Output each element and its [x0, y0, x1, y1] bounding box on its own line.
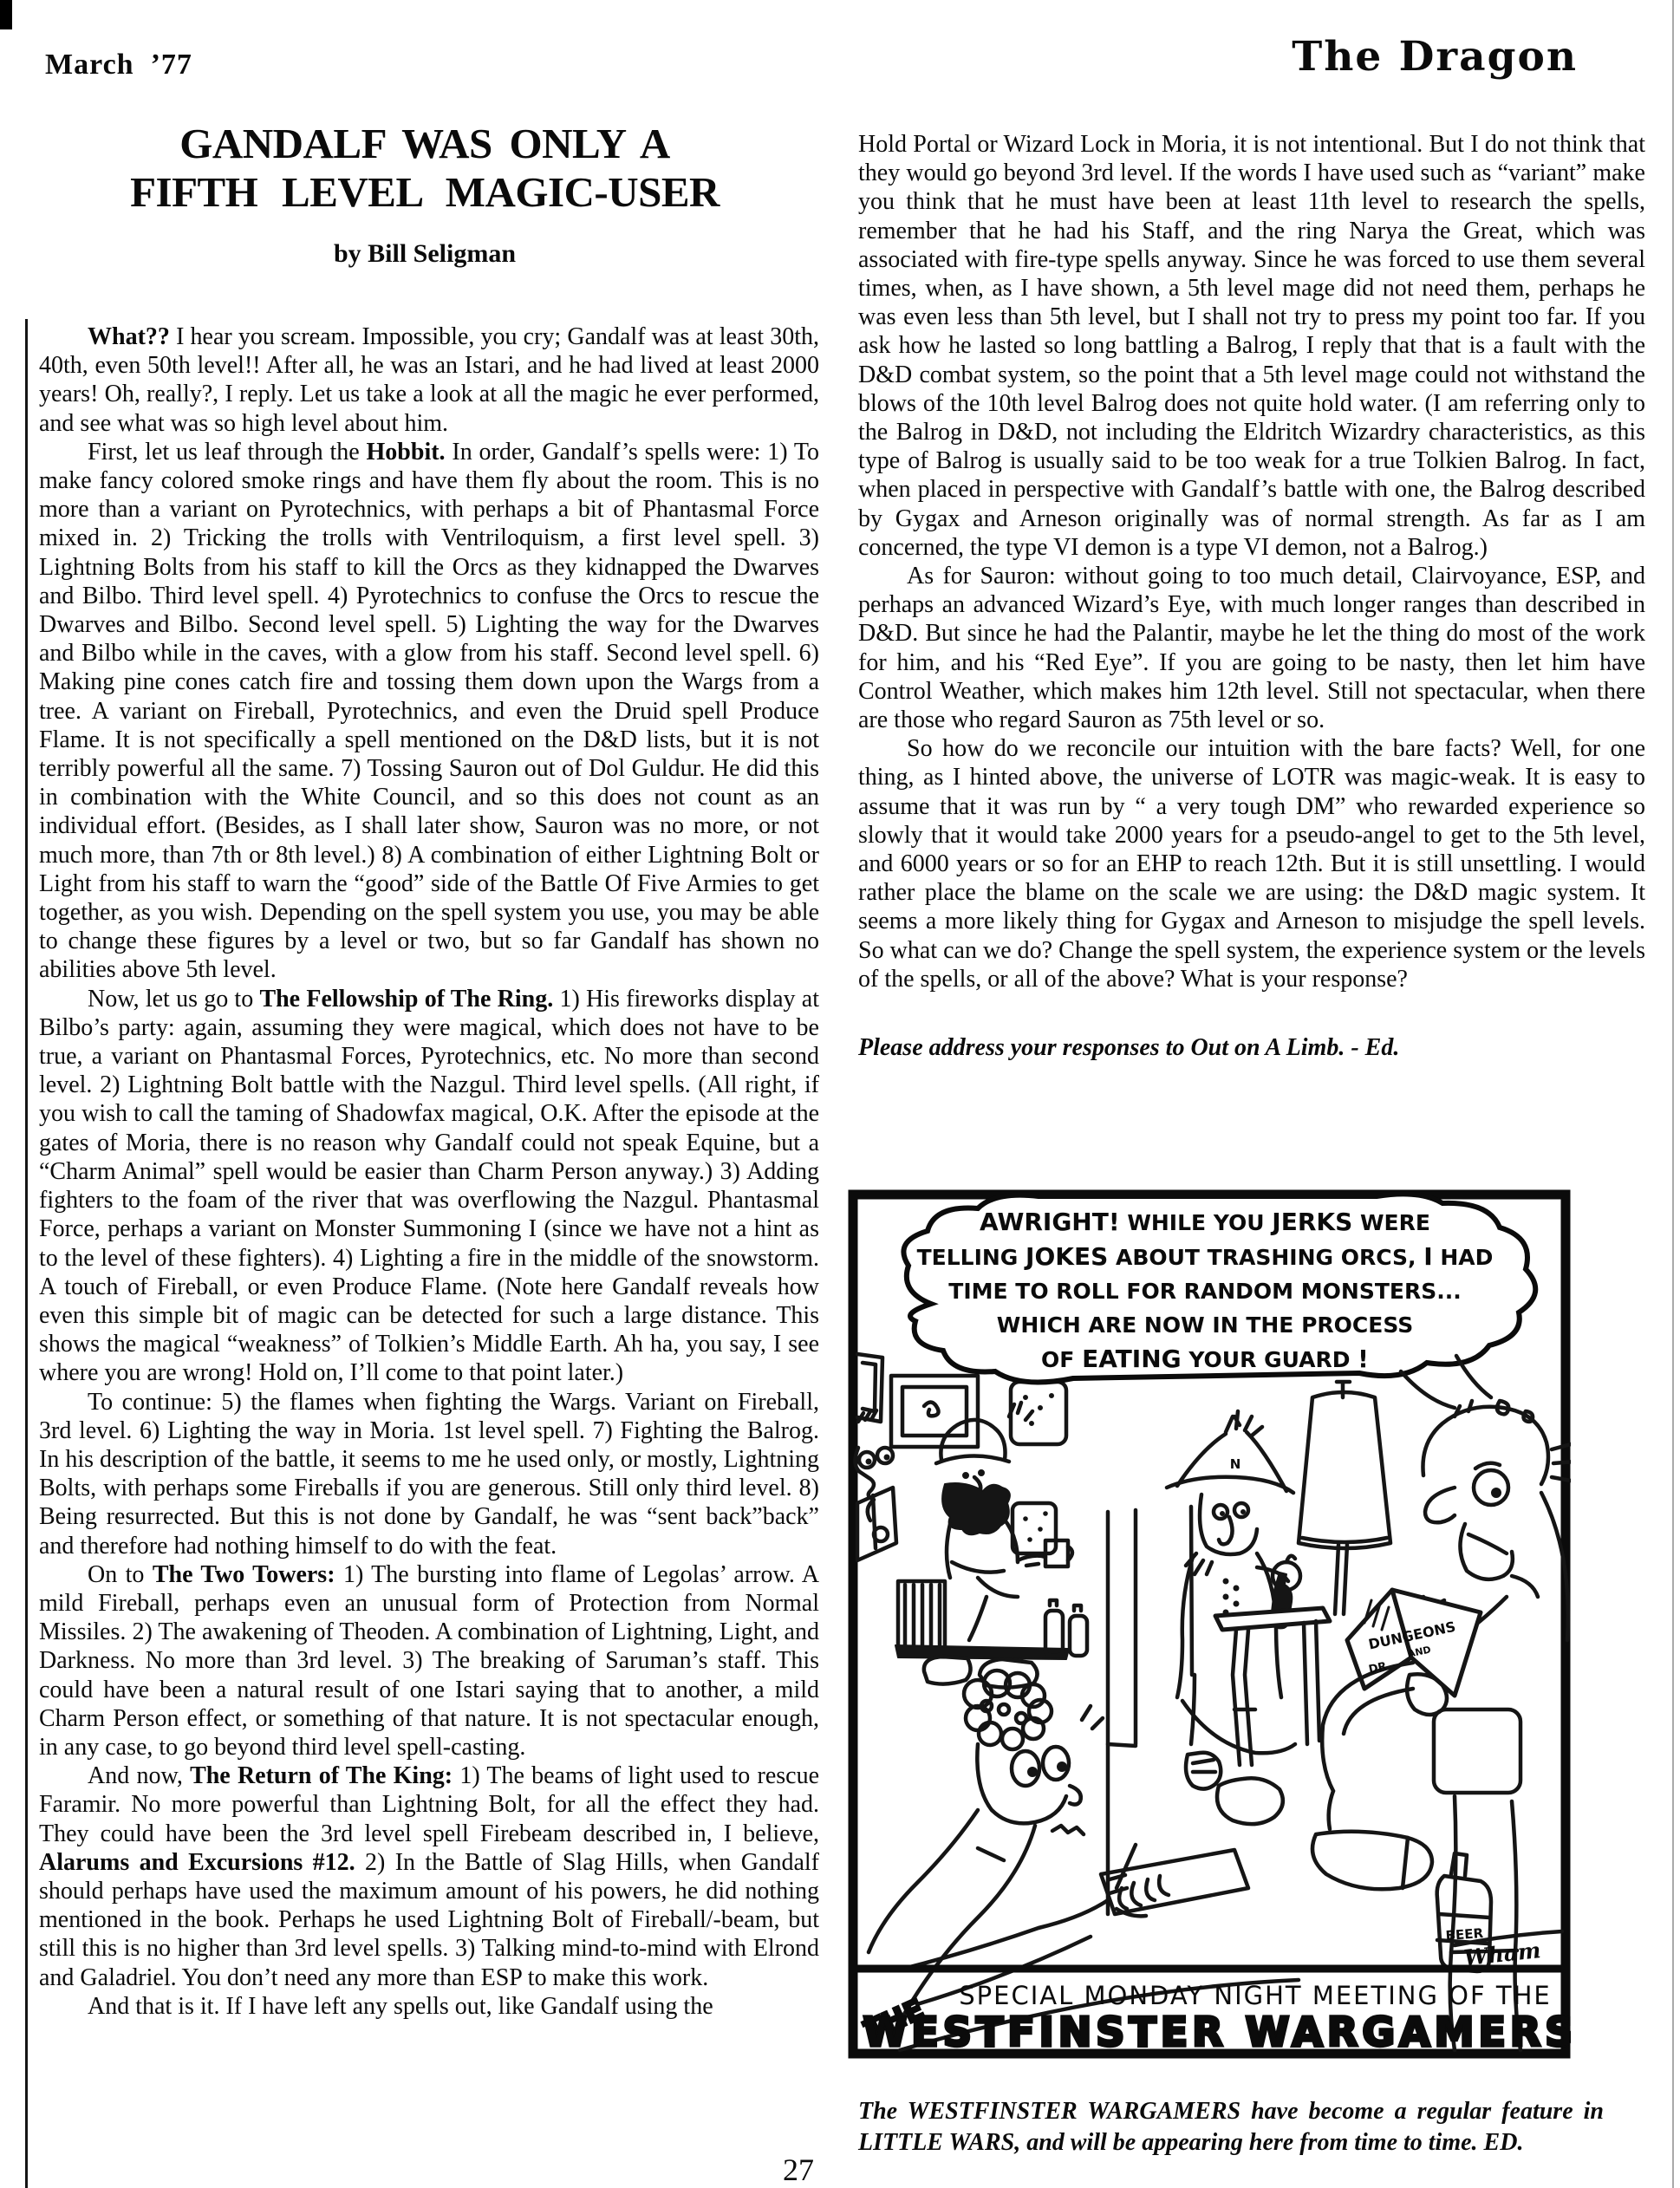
text-segment: Now, let us go to: [88, 986, 259, 1013]
paragraph: And that is it. If I have left any spell…: [39, 1992, 819, 2021]
text-segment: Hobbit.: [367, 439, 446, 466]
text-segment: Hold Portal or Wizard Lock in Moria, it …: [858, 131, 1645, 561]
text-segment: To continue: 5) the flames when fighting…: [39, 1389, 819, 1560]
text-segment: And now,: [88, 1762, 190, 1789]
paragraph: As for Sauron: without going to too much…: [858, 562, 1645, 734]
paragraph: On to The Two Towers: 1) The bursting in…: [39, 1560, 819, 1761]
header-issue-date: March ’77: [45, 49, 192, 81]
bubble-line: OF EATING YOUR GUARD !: [902, 1342, 1508, 1377]
bubble-line: TELLING JOKES ABOUT TRASHING ORCS, I HAD: [902, 1240, 1508, 1274]
text-segment: The Fellowship of The Ring.: [259, 986, 553, 1013]
text-segment: WERE: [1352, 1210, 1430, 1235]
scan-gutter-line: [25, 319, 28, 2188]
banner-line2: WESTFINSTER WARGAMERS: [863, 2009, 1571, 2055]
article-byline: by Bill Seligman: [43, 239, 806, 269]
scan-artifact-corner: [0, 0, 12, 29]
bubble-line: TIME TO ROLL FOR RANDOM MONSTERS...: [902, 1274, 1508, 1308]
text-segment: First, let us leaf through the: [88, 439, 367, 466]
editor-note: Please address your responses to Out on …: [858, 1033, 1645, 1062]
text-segment: HAD: [1433, 1245, 1494, 1270]
left-column: What?? I hear you scream. Impossible, yo…: [39, 322, 819, 2021]
bubble-line: AWRIGHT! WHILE YOU JERKS WERE: [902, 1205, 1508, 1240]
paragraph: So how do we reconcile our intuition wit…: [858, 734, 1645, 993]
page-number: 27: [783, 2152, 814, 2188]
text-segment: YOUR GUARD: [1182, 1347, 1358, 1372]
cartoon-banner: THE SPECIAL MONDAY NIGHT MEETING OF THE …: [855, 1969, 1571, 2055]
text-segment: EATING: [1082, 1345, 1182, 1373]
text-segment: So how do we reconcile our intuition wit…: [858, 735, 1645, 993]
text-segment: 1) His fireworks display at Bilbo’s part…: [39, 986, 819, 1387]
paragraph: And now, The Return of The King: 1) The …: [39, 1761, 819, 1992]
right-column: Hold Portal or Wizard Lock in Moria, it …: [858, 130, 1645, 1184]
text-segment: JERKS: [1272, 1208, 1352, 1236]
text-segment: 1) The bursting into flame of Legolas’ a…: [39, 1561, 819, 1761]
text-segment: The Two Towers:: [153, 1561, 335, 1588]
text-segment: As for Sauron: without going to too much…: [858, 563, 1645, 733]
magazine-page: March ’77 The Dragon GANDALF WAS ONLY A …: [0, 0, 1680, 2188]
banner-line1: SPECIAL MONDAY NIGHT MEETING OF THE: [959, 1981, 1551, 2010]
article-title-line1: GANDALF WAS ONLY A: [43, 120, 806, 168]
text-segment: OF: [1041, 1347, 1082, 1372]
article-title-line2: FIFTH LEVEL MAGIC-USER: [43, 168, 806, 217]
magazine-title: The Dragon: [1292, 33, 1578, 81]
wizard-hat-mark: N: [1230, 1456, 1241, 1472]
text-segment: AWRIGHT!: [980, 1208, 1120, 1236]
article-title-block: GANDALF WAS ONLY A FIFTH LEVEL MAGIC-USE…: [43, 120, 806, 269]
text-segment: !: [1358, 1345, 1369, 1373]
paragraph: To continue: 5) the flames when fighting…: [39, 1388, 819, 1560]
text-segment: The Return of The King:: [190, 1762, 453, 1789]
cartoon-caption: The WESTFINSTER WARGAMERS have become a …: [858, 2096, 1604, 2159]
cartoon-panel: DUNGEONS AND DR N BEER Wham THE SPECIAL …: [848, 1189, 1571, 2059]
text-segment: WHILE YOU: [1120, 1210, 1273, 1235]
text-segment: TELLING: [917, 1245, 1026, 1270]
text-segment: JOKES: [1026, 1242, 1108, 1271]
paragraph: What?? I hear you scream. Impossible, yo…: [39, 322, 819, 438]
paragraph: First, let us leaf through the Hobbit. I…: [39, 438, 819, 985]
text-segment: On to: [88, 1561, 153, 1588]
text-segment: What??: [88, 323, 176, 350]
scan-edge-line: [1672, 0, 1674, 2188]
paragraph: Now, let us go to The Fellowship of The …: [39, 985, 819, 1388]
beer-label: BEER: [1445, 1925, 1484, 1944]
text-segment: Alarums and Excursions #12.: [39, 1849, 355, 1876]
text-segment: WHICH ARE NOW IN THE PROCESS: [997, 1312, 1413, 1338]
text-segment: And that is it. If I have left any spell…: [88, 1993, 713, 2020]
text-segment: TIME TO ROLL FOR RANDOM MONSTERS...: [948, 1279, 1461, 1304]
speech-bubble-text: AWRIGHT! WHILE YOU JERKS WERE TELLING JO…: [902, 1205, 1508, 1377]
text-segment: ABOUT TRASHING ORCS,: [1108, 1245, 1423, 1270]
bubble-line: WHICH ARE NOW IN THE PROCESS: [902, 1308, 1508, 1342]
text-segment: In order, Gandalf’s spells were: 1) To m…: [39, 439, 819, 984]
paragraph: Hold Portal or Wizard Lock in Moria, it …: [858, 130, 1645, 562]
text-segment: I: [1423, 1242, 1432, 1271]
